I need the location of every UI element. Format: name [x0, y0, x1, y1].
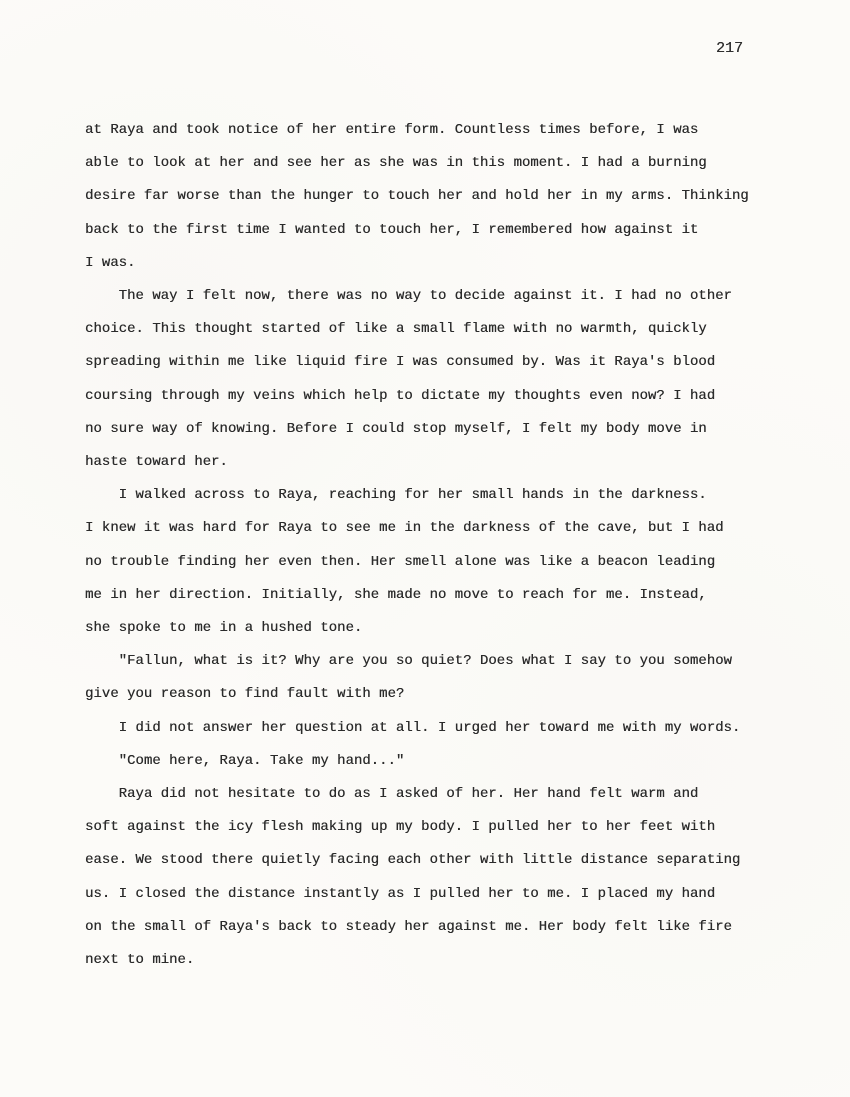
paragraph-7: Raya did not hesitate to do as I asked o…	[85, 778, 785, 977]
paragraph-1: at Raya and took notice of her entire fo…	[85, 114, 785, 280]
paragraph-6: "Come here, Raya. Take my hand..."	[85, 745, 785, 778]
manuscript-text-block: at Raya and took notice of her entire fo…	[85, 114, 785, 977]
paragraph-3: I walked across to Raya, reaching for he…	[85, 479, 785, 645]
manuscript-page: 217 at Raya and took notice of her entir…	[0, 0, 850, 1097]
paragraph-5: I did not answer her question at all. I …	[85, 712, 785, 745]
paragraph-2: The way I felt now, there was no way to …	[85, 280, 785, 479]
page-number: 217	[716, 40, 743, 57]
paragraph-4: "Fallun, what is it? Why are you so quie…	[85, 645, 785, 711]
